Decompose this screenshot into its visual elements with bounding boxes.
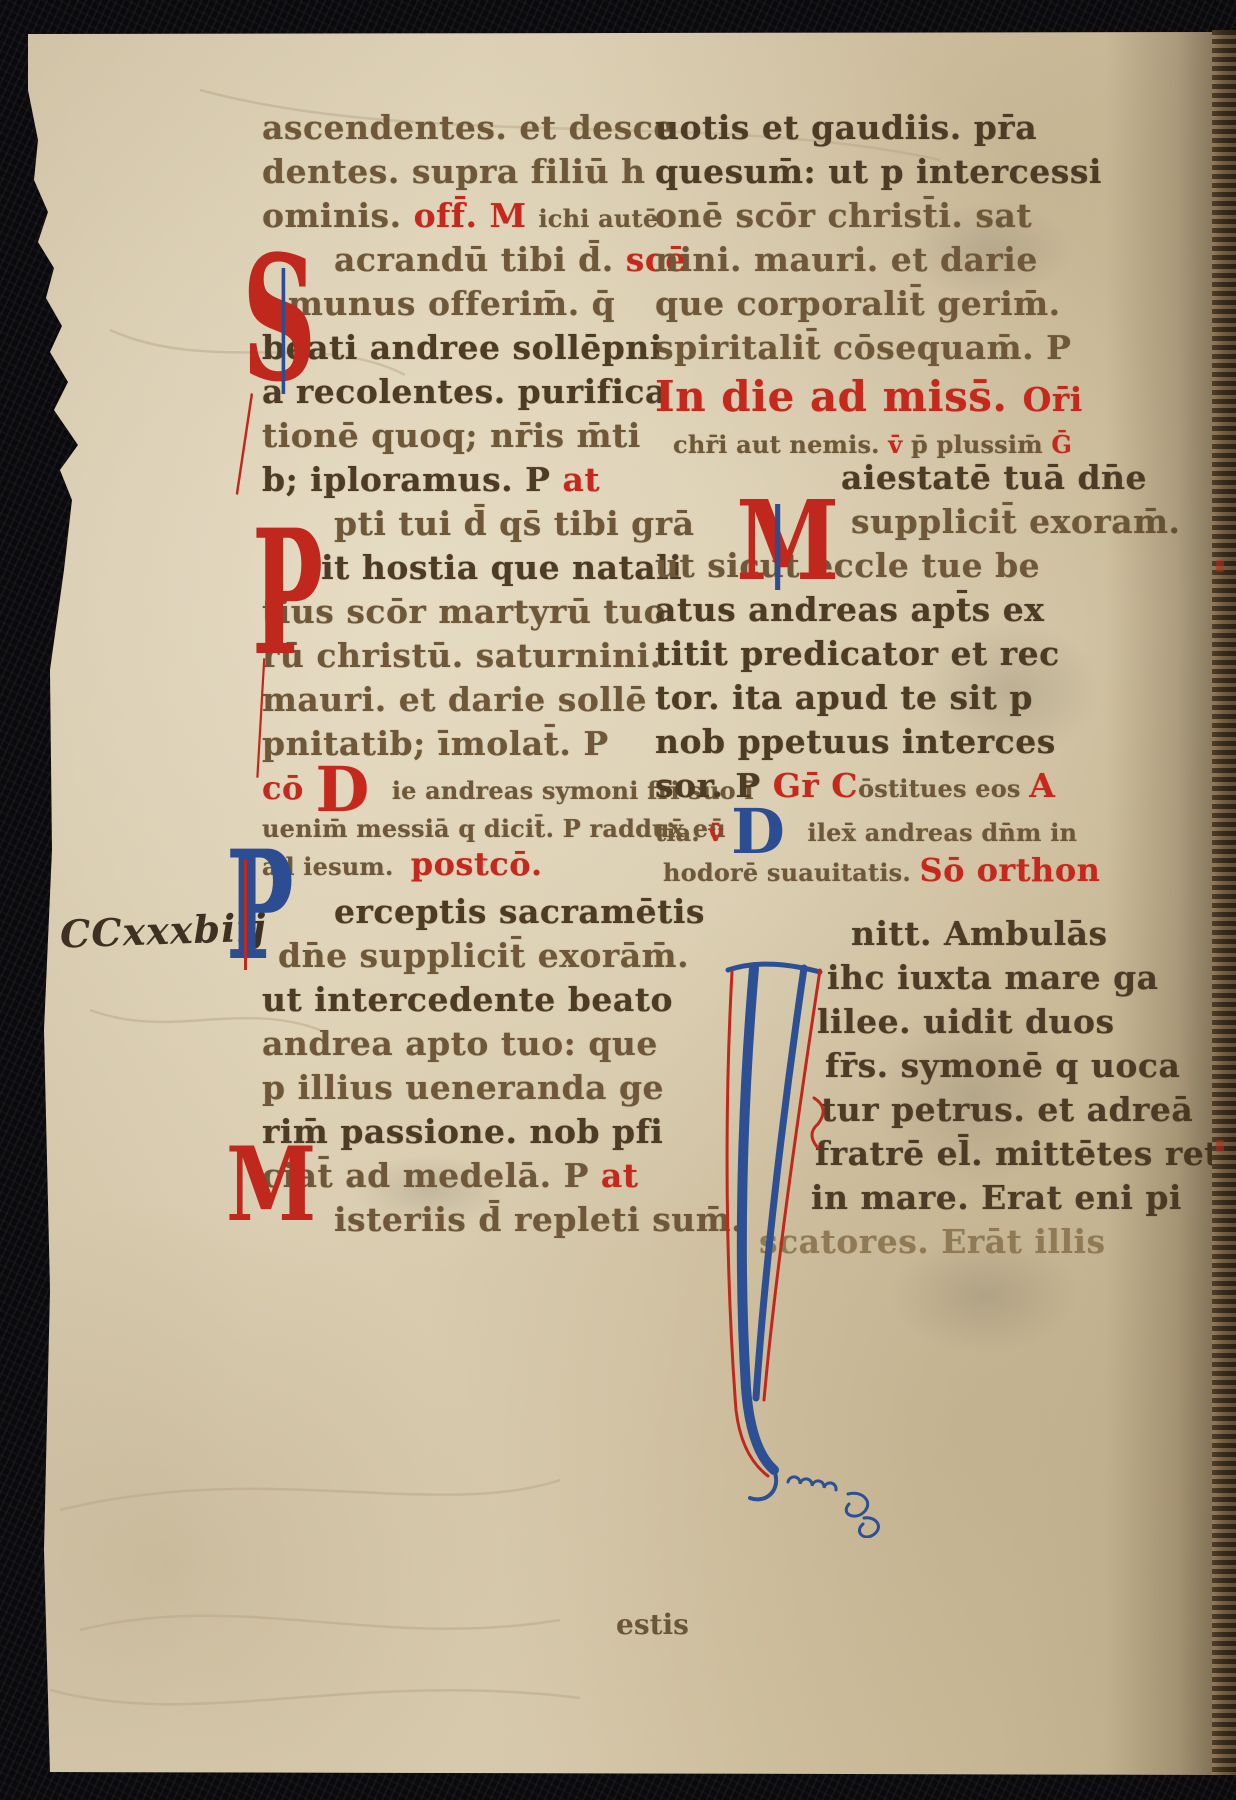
text-run: Ḡ [1051, 430, 1072, 459]
text-run: erceptis sacramētis [334, 892, 705, 931]
text-run: A [1029, 766, 1055, 805]
text-run: at [562, 460, 600, 499]
text-line: uotis et gaudiis. pr̄a [655, 108, 1085, 152]
initial-P-blue: P [226, 848, 294, 965]
initial-letter: P [226, 818, 294, 994]
text-line: ut sicut eccle tue be [655, 546, 1085, 590]
initial-letter: M [226, 1125, 316, 1245]
text-run: Sō orthon [919, 851, 1100, 889]
text-run: ōstitues eos [858, 774, 1029, 803]
text-line: acrandū tibi d̄. scē [262, 240, 692, 284]
text-line: tor. ita apud te sit p [655, 678, 1085, 722]
text-line: chr̄i aut nemis. v̄ p̄ plussim̄ Ḡ [655, 422, 1085, 458]
text-run: nob ppetuus interces [655, 722, 1056, 761]
text-run: chr̄i aut nemis. [673, 430, 888, 459]
initial-S: S [242, 252, 317, 386]
text-run: nitt. Ambulās [851, 914, 1108, 953]
text-line: supplicit̄ exoram̄. [655, 502, 1085, 546]
text-run: p̄ plussim̄ [911, 430, 1051, 459]
initial-blue-bar [775, 504, 780, 590]
text-line: beati andree sollēpni [262, 328, 692, 372]
text-line: que corporalit̄ gerim̄. [655, 284, 1085, 328]
text-line: ominis. off̄. M ichi autē [262, 196, 692, 240]
text-line: quesum̄: ut p intercessi [655, 152, 1085, 196]
text-run: a recolentes. purifica [262, 372, 667, 411]
text-line: pti tui d̄ qs̄ tibi grā [262, 504, 692, 548]
facing-page-rubric-mark [1216, 1140, 1224, 1152]
text-line: uenim̄ messiā q dicit̄. P raddux̄ eū [262, 806, 692, 844]
text-run: p illius ueneranda ge [262, 1068, 664, 1107]
text-line: ad iesum. postcō. [262, 844, 692, 892]
initial-I-with-flourish: I [708, 958, 918, 1542]
text-run: pnitatib; īmolat̄. P [262, 724, 609, 763]
text-line: andrea apto tuo: que [262, 1024, 692, 1068]
text-line: ciat̄ ad medelā. P at [262, 1156, 692, 1200]
text-line: b; iploramus. P at [262, 460, 692, 504]
text-line: atus andreas apt̄s ex [655, 590, 1085, 634]
text-run: ilex̄ andreas dn̄m in [808, 818, 1078, 847]
text-line: sit hostia que natali [262, 548, 692, 592]
text-line: sor. P Gr̄ Cōstitues eos A [655, 766, 1085, 810]
text-line: munus offerim̄. q̄ [262, 284, 692, 328]
text-run: off̄. [414, 196, 490, 235]
text-line: tionē quoq; nr̄is m̄ti [262, 416, 692, 460]
text-line: nitt. Ambulās [655, 914, 1085, 958]
text-run: rim̄ passione. nob pfi [262, 1112, 663, 1151]
initial-red-bar [244, 860, 247, 970]
text-run: que corporalit̄ gerim̄. [655, 284, 1061, 323]
pen-flourish-icon [708, 958, 918, 1538]
text-line: rū christū. saturnini. [262, 636, 692, 680]
text-run: atus andreas apt̄s ex [655, 590, 1044, 629]
text-line: spiritalit̄ cōsequam̄. P [655, 328, 1085, 372]
text-run: at [601, 1156, 639, 1195]
text-line: In die ad miss̄. Or̄i [655, 372, 1085, 422]
text-run: ascendentes. et desce [262, 108, 675, 147]
text-run: andrea apto tuo: que [262, 1024, 658, 1063]
text-run: hodorē suauitatis. [663, 858, 919, 887]
text-run: ut intercedente beato [262, 980, 673, 1019]
text-run: dn̄e supplicit̄ exorām̄. [278, 936, 689, 975]
text-run: tionē quoq; nr̄is m̄ti [262, 416, 641, 455]
facing-page-rubric-mark [1216, 560, 1224, 572]
text-run: postcō. [411, 845, 543, 883]
text-run: quesum̄: ut p intercessi [655, 152, 1102, 191]
text-line: cō D ie andreas symoni fr̄i suo ī [262, 768, 692, 806]
text-line: dentes. supra filiū h [262, 152, 692, 196]
text-line: hodorē suauitatis. Sō orthon [655, 850, 1085, 914]
text-line: erceptis sacramētis [262, 892, 692, 936]
text-run: ichi autē [538, 204, 658, 233]
text-run: aiestatē tuā dn̄e [841, 458, 1147, 497]
text-run: v̄ [708, 818, 731, 847]
parchment-page: CCxxxbiij ascendentes. et descedentes. s… [20, 30, 1236, 1775]
manuscript-photo: CCxxxbiij ascendentes. et descedentes. s… [0, 0, 1236, 1800]
facing-page-edge [1212, 30, 1236, 1775]
text-run: acrandū tibi d̄. [334, 240, 626, 279]
text-run: tia. [655, 818, 708, 847]
text-line: onē scōr christ̄i. sat [655, 196, 1085, 240]
text-line: tia. v̄ D ilex̄ andreas dn̄m in [655, 810, 1085, 850]
text-run: dentes. supra filiū h [262, 152, 646, 191]
text-line: isteriis d̄ repleti sum̄. [262, 1200, 692, 1244]
text-line: ascendentes. et desce [262, 108, 692, 152]
text-run: pti tui d̄ qs̄ tibi grā [334, 504, 695, 543]
initial-M-right: M [736, 498, 840, 584]
catchword: estis [616, 1608, 689, 1641]
text-run: In die ad miss̄. [655, 372, 1023, 421]
text-run: titit predicator et rec [655, 634, 1060, 673]
text-run: uotis et gaudiis. pr̄a [655, 108, 1037, 147]
text-run: tor. ita apud te sit p [655, 678, 1033, 717]
text-run: beati andree sollēpni [262, 328, 663, 367]
text-run: v̄ [888, 430, 911, 459]
text-line: mauri. et darie sollē [262, 680, 692, 724]
text-run: Or̄i [1023, 380, 1083, 419]
text-line: titit predicator et rec [655, 634, 1085, 678]
text-line: nini. mauri. et darie [655, 240, 1085, 284]
text-run: spiritalit̄ cōsequam̄. P [655, 328, 1071, 367]
initial-P-red: P [252, 526, 323, 660]
text-line: ut intercedente beato [262, 980, 692, 1024]
text-line: dn̄e supplicit̄ exorām̄. [262, 936, 692, 980]
initial-blue-bar [282, 268, 286, 394]
text-run: ut sicut eccle tue be [655, 546, 1040, 585]
text-line: a recolentes. purifica [262, 372, 692, 416]
text-line: nob ppetuus interces [655, 722, 1085, 766]
text-run: munus offerim̄. q̄ [288, 284, 615, 323]
text-line: p illius ueneranda ge [262, 1068, 692, 1112]
text-line: aiestatē tuā dn̄e [655, 458, 1085, 502]
text-line: rim̄ passione. nob pfi [262, 1112, 692, 1156]
initial-letter: M [736, 476, 840, 605]
text-run: nini. mauri. et darie [655, 240, 1038, 279]
initial-letter: S [242, 217, 317, 420]
text-run: M [489, 196, 538, 235]
text-run: sit hostia que natali [302, 548, 682, 587]
text-run: cō [262, 769, 315, 807]
initial-M-left: M [226, 1146, 316, 1226]
text-line: tius scōr martyrū tuo [262, 592, 692, 636]
text-column-left: ascendentes. et descedentes. supra filiū… [262, 108, 692, 1244]
text-run: onē scōr christ̄i. sat [655, 196, 1032, 235]
